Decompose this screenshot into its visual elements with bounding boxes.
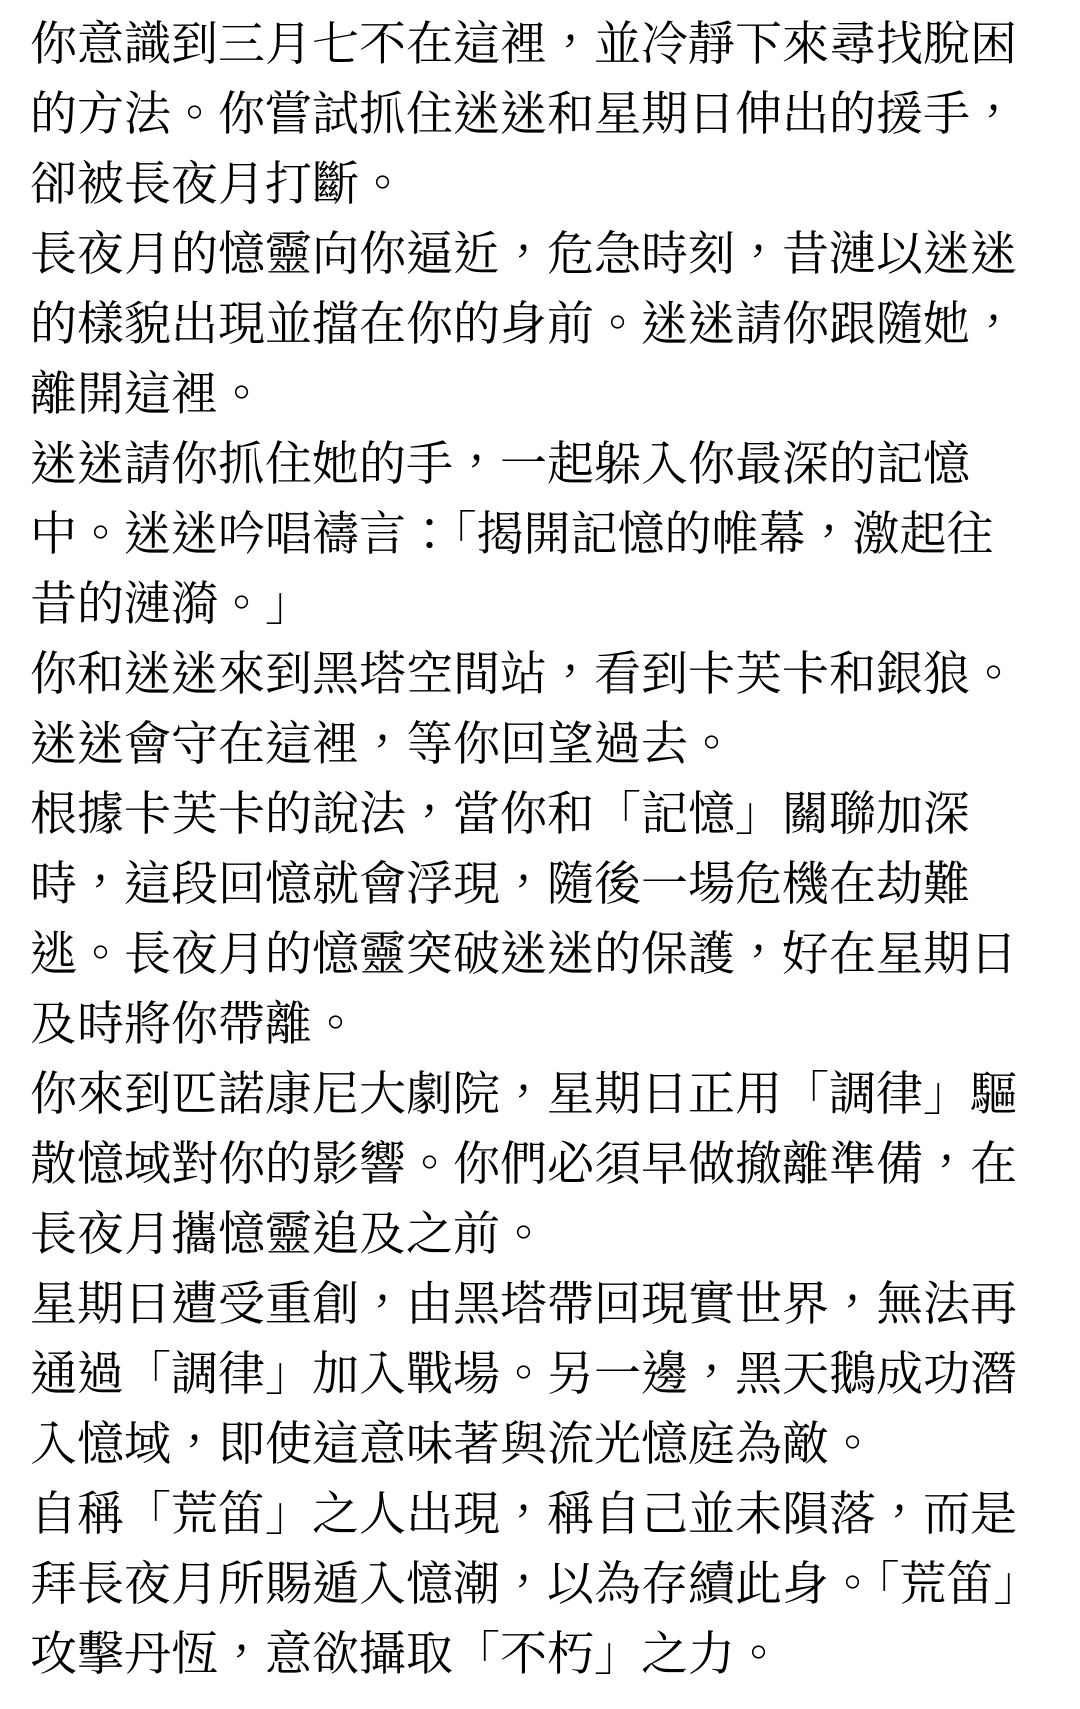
story-paragraph: 自稱「荒笛」之人出現，稱自己並未隕落，而是拜長夜月所賜遁入憶潮，以為存續此身。「… (30, 1479, 1030, 1689)
story-paragraph: 長夜月的憶靈向你逼近，危急時刻，昔漣以迷迷的樣貌出現並擋在你的身前。迷迷請你跟隨… (30, 219, 1030, 429)
story-paragraph: 根據卡芙卡的說法，當你和「記憶」關聯加深時，這段回憶就會浮現，隨後一場危機在劫難… (30, 779, 1030, 1059)
story-paragraph: 你意識到三月七不在這裡，並冷靜下來尋找脫困的方法。你嘗試抓住迷迷和星期日伸出的援… (30, 9, 1030, 219)
story-text-block: 你意識到三月七不在這裡，並冷靜下來尋找脫困的方法。你嘗試抓住迷迷和星期日伸出的援… (30, 9, 1030, 1689)
story-page: 你意識到三月七不在這裡，並冷靜下來尋找脫困的方法。你嘗試抓住迷迷和星期日伸出的援… (0, 0, 1080, 1709)
story-paragraph: 迷迷請你抓住她的手，一起躲入你最深的記憶中。迷迷吟唱禱言：「揭開記憶的帷幕，激起… (30, 429, 1030, 639)
story-paragraph: 你和迷迷來到黑塔空間站，看到卡芙卡和銀狼。迷迷會守在這裡，等你回望過去。 (30, 639, 1030, 779)
story-paragraph: 你來到匹諾康尼大劇院，星期日正用「調律」驅散憶域對你的影響。你們必須早做撤離準備… (30, 1059, 1030, 1269)
story-paragraph: 星期日遭受重創，由黑塔帶回現實世界，無法再通過「調律」加入戰場。另一邊，黑天鵝成… (30, 1269, 1030, 1479)
